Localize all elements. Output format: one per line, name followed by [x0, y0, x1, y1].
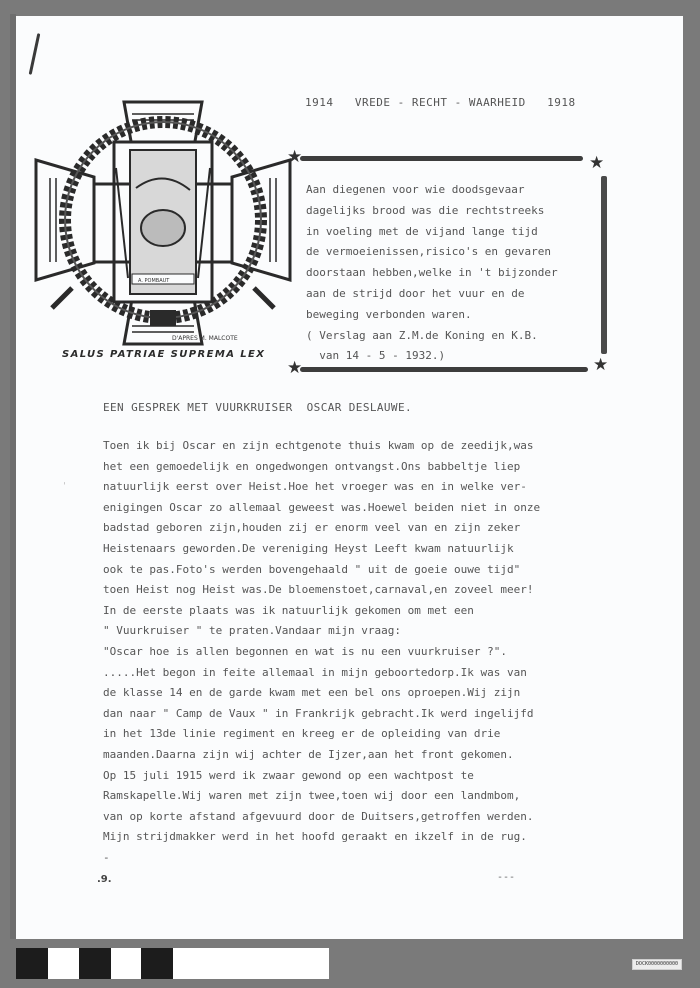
- body-line: in het 13de linie regiment en kreeg er d…: [103, 724, 603, 745]
- quote-line: doorstaan hebben,welke in 't bijzonder: [306, 263, 601, 284]
- body-line: het een gemoedelijk en ongedwongen ontva…: [103, 457, 603, 478]
- vuurkruis-cross-emblem-icon: D'APRES M. MALCOTE A. POMBAUT: [32, 98, 294, 348]
- body-line: dan naar " Camp de Vaux " in Frankrijk g…: [103, 704, 603, 725]
- body-line: van op korte afstand afgevuurd door de D…: [103, 807, 603, 828]
- quote-line: Aan diegenen voor wie doodsgevaar: [306, 180, 601, 201]
- quote-line: de vermoeienissen,risico's en gevaren: [306, 242, 601, 263]
- body-line: -: [103, 848, 603, 869]
- dedication-quote: Aan diegenen voor wie doodsgevaardagelij…: [306, 180, 601, 367]
- svg-text:A. POMBAUT: A. POMBAUT: [138, 278, 170, 284]
- body-line: Toen ik bij Oscar en zijn echtgenote thu…: [103, 436, 603, 457]
- body-line: natuurlijk eerst over Heist.Hoe het vroe…: [103, 477, 603, 498]
- quote-line: aan de strijd door het vuur en de: [306, 284, 601, 305]
- page-number: .9.: [97, 874, 112, 885]
- quote-line: van 14 - 5 - 1932.): [306, 346, 601, 367]
- body-line: ook te pas.Foto's werden bovengehaald " …: [103, 560, 603, 581]
- body-line: " Vuurkruiser " te praten.Vandaar mijn v…: [103, 621, 603, 642]
- body-line: Mijn strijdmakker werd in het hoofd gera…: [103, 827, 603, 848]
- quote-line: in voeling met de vijand lange tijd: [306, 222, 601, 243]
- body-line: badstad geboren zijn,houden zij er enorm…: [103, 518, 603, 539]
- body-line: "Oscar hoe is allen begonnen en wat is n…: [103, 642, 603, 663]
- body-line: de klasse 14 en de garde kwam met een be…: [103, 683, 603, 704]
- body-line: enigingen Oscar zo allemaal geweest was.…: [103, 498, 603, 519]
- quote-frame-right: [601, 176, 607, 354]
- article-title: EEN GESPREK MET VUURKRUISER OSCAR DESLAU…: [103, 401, 412, 414]
- body-line: Heistenaars geworden.De vereniging Heyst…: [103, 539, 603, 560]
- body-line: maanden.Daarna zijn wij achter de Ijzer,…: [103, 745, 603, 766]
- quote-frame-top: [300, 156, 583, 161]
- star-icon: ★: [287, 360, 302, 377]
- body-line: .....Het begon in feite allemaal in mijn…: [103, 663, 603, 684]
- stray-mark: ˈ: [62, 482, 67, 492]
- star-icon: ★: [589, 155, 604, 172]
- archive-barcode-label: DOCK0000000000: [632, 959, 682, 970]
- quote-frame-bottom: [300, 367, 588, 372]
- quote-line: beweging verbonden waren.: [306, 305, 601, 326]
- color-scale-bar: [16, 948, 329, 979]
- star-icon: ★: [287, 149, 302, 166]
- body-line: In de eerste plaats was ik natuurlijk ge…: [103, 601, 603, 622]
- continuation-mark: ---: [497, 872, 515, 883]
- quote-line: ( Verslag aan Z.M.de Koning en K.B.: [306, 326, 601, 347]
- body-line: Ramskapelle.Wij waren met zijn twee,toen…: [103, 786, 603, 807]
- svg-text:D'APRES M. MALCOTE: D'APRES M. MALCOTE: [172, 335, 238, 342]
- document-header: 1914 VREDE - RECHT - WAARHEID 1918: [305, 96, 576, 109]
- article-body: Toen ik bij Oscar en zijn echtgenote thu…: [103, 436, 603, 868]
- body-line: Op 15 juli 1915 werd ik zwaar gewond op …: [103, 766, 603, 787]
- quote-line: dagelijks brood was die rechtstreeks: [306, 201, 601, 222]
- emblem-motto: SALUS PATRIAE SUPREMA LEX: [62, 349, 265, 360]
- body-line: toen Heist nog Heist was.De bloemenstoet…: [103, 580, 603, 601]
